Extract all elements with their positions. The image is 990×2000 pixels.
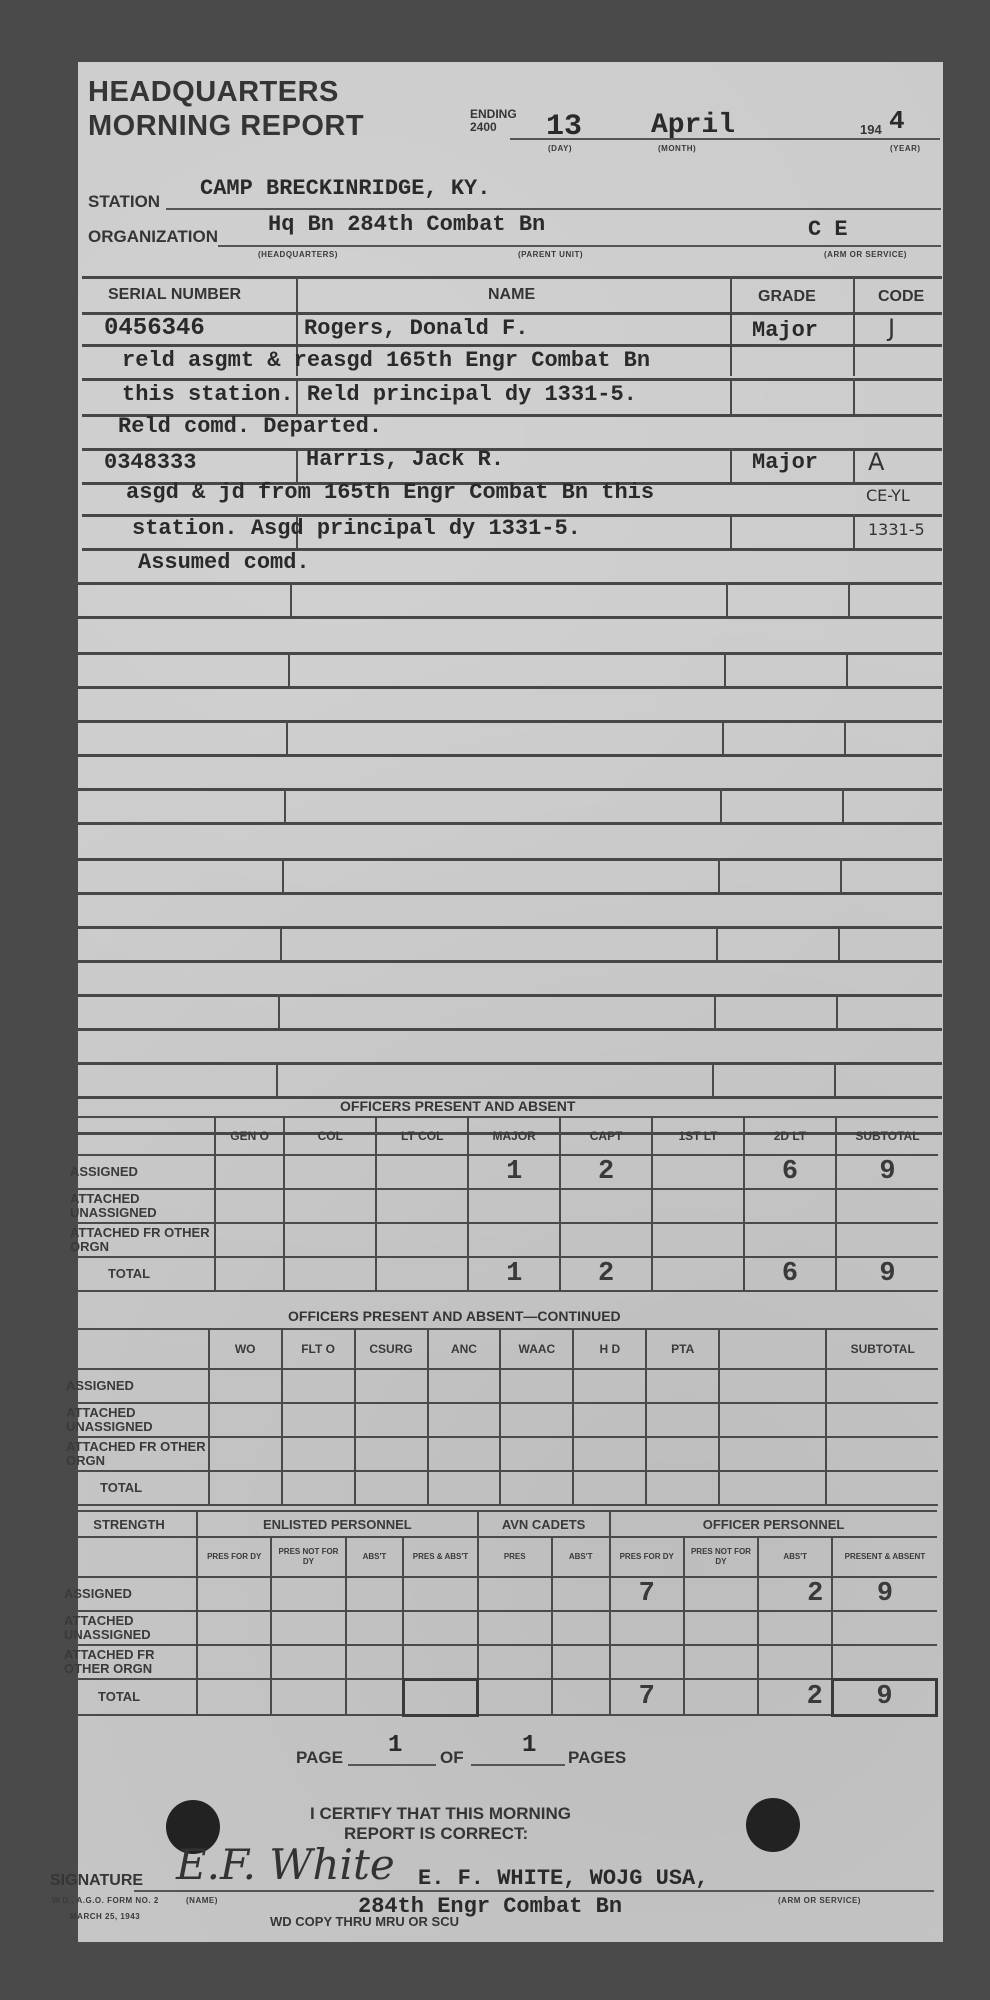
punch-hole xyxy=(746,1798,800,1852)
margin-note: 1331-5 xyxy=(868,520,925,539)
cell: 1 xyxy=(468,1155,560,1189)
cell xyxy=(376,1257,468,1291)
col-waac: WAAC xyxy=(500,1329,573,1369)
cell: 2 xyxy=(560,1155,652,1189)
col-header: PRES NOT FOR DY xyxy=(684,1537,758,1577)
parent-unit-caption: (PARENT UNIT) xyxy=(518,250,583,259)
divider xyxy=(730,378,732,414)
entry-remark: Assumed comd. xyxy=(138,550,310,575)
row-assigned: ASSIGNED 7 2 9 xyxy=(62,1577,937,1611)
cell: 9 xyxy=(836,1155,938,1189)
col-major: MAJOR xyxy=(468,1117,560,1155)
page-number: 1 xyxy=(388,1732,402,1759)
row-label: ASSIGNED xyxy=(68,1155,215,1189)
page-label: PAGE xyxy=(296,1748,343,1768)
row-attached-fr-other: ATTACHED FR OTHER ORGN xyxy=(68,1223,938,1257)
entry-remark: asgd & jd from 165th Engr Combat Bn this xyxy=(126,480,654,505)
entry-grade: Major xyxy=(752,318,818,343)
arm-service-value: C E xyxy=(808,217,848,242)
cell: 9 xyxy=(832,1679,936,1715)
row-attached-fr-other: ATTACHED FR OTHER ORGN xyxy=(64,1437,938,1471)
col-header: PRESENT & ABSENT xyxy=(832,1537,936,1577)
entry-remark: reld asgmt & reasgd 165th Engr Combat Bn xyxy=(122,348,650,373)
form-id-line1: W.D., A.G.O. FORM NO. 2 xyxy=(52,1896,159,1905)
col-anc: ANC xyxy=(428,1329,501,1369)
cell: 1 xyxy=(468,1257,560,1291)
of-label: OF xyxy=(440,1748,464,1768)
page-underline xyxy=(348,1764,436,1766)
pages-label: PAGES xyxy=(568,1748,626,1768)
row-label: ATTACHED FR OTHER ORGN xyxy=(68,1223,215,1257)
cell xyxy=(215,1155,285,1189)
col-gen-o: GEN O xyxy=(215,1117,285,1155)
cell: 2 xyxy=(560,1257,652,1291)
cell: 7 xyxy=(610,1577,684,1611)
cell xyxy=(684,1577,758,1611)
col-header: PRES NOT FOR DY xyxy=(271,1537,345,1577)
entry-code: A xyxy=(868,448,884,476)
organization-underline xyxy=(218,245,941,247)
col-code-header: CODE xyxy=(878,288,924,306)
divider xyxy=(853,378,855,414)
cell xyxy=(284,1155,376,1189)
col-lt-col: LT COL xyxy=(376,1117,468,1155)
cell xyxy=(684,1679,758,1715)
divider xyxy=(296,448,298,482)
col-subtotal: SUBTOTAL xyxy=(826,1329,938,1369)
cell: 2 xyxy=(758,1679,832,1715)
entry-grade: Major xyxy=(752,450,818,475)
divider xyxy=(730,276,732,376)
morning-report-form: HEADQUARTERS MORNING REPORT ENDING 2400 … xyxy=(78,62,943,1942)
strength-label: STRENGTH xyxy=(62,1511,197,1537)
entry-remark: station. Asgd principal dy 1331-5. xyxy=(132,516,581,541)
ending-label: ENDING 2400 xyxy=(470,108,517,134)
report-day: 13 xyxy=(546,110,582,144)
row-attached-fr-other: ATTACHED FR OTHER ORGN xyxy=(62,1645,937,1679)
col-header: ABS'T xyxy=(346,1537,404,1577)
report-month: April xyxy=(651,110,735,141)
entry-remark: this station. Reld principal dy 1331-5. xyxy=(122,382,637,407)
certify-line1: I CERTIFY THAT THIS MORNING xyxy=(310,1804,571,1824)
month-caption: (MONTH) xyxy=(658,144,696,153)
station-underline xyxy=(166,208,941,210)
cell: 6 xyxy=(744,1257,836,1291)
cell xyxy=(215,1257,285,1291)
col-2d-lt: 2D LT xyxy=(744,1117,836,1155)
service-caption: (ARM OR SERVICE) xyxy=(778,1896,861,1905)
station-label: STATION xyxy=(88,192,160,212)
row-assigned: ASSIGNED 1 2 6 9 xyxy=(68,1155,938,1189)
col-capt: CAPT xyxy=(560,1117,652,1155)
col-header: PRES FOR DY xyxy=(197,1537,271,1577)
col-col: COL xyxy=(284,1117,376,1155)
col-header: ABS'T xyxy=(552,1537,610,1577)
year-caption: (YEAR) xyxy=(890,144,921,153)
col-wo: WO xyxy=(209,1329,282,1369)
entry-code: J xyxy=(888,314,895,342)
cell: 7 xyxy=(610,1679,684,1715)
col-1st-lt: 1ST LT xyxy=(652,1117,744,1155)
rule xyxy=(82,344,942,347)
col-serial-header: SERIAL NUMBER xyxy=(108,286,241,304)
row-label: ATTACHED FR OTHER ORGN xyxy=(64,1437,209,1471)
col-blank xyxy=(719,1329,826,1369)
officers-continued-table: WO FLT O CSURG ANC WAAC H D PTA SUBTOTAL… xyxy=(64,1328,938,1506)
row-attached-unassigned: ATTACHED UNASSIGNED xyxy=(62,1611,937,1645)
row-label: ATTACHED UNASSIGNED xyxy=(64,1403,209,1437)
col-grade-header: GRADE xyxy=(758,288,816,306)
cell xyxy=(652,1257,744,1291)
rule xyxy=(82,312,942,315)
divider xyxy=(853,448,855,482)
row-label: TOTAL xyxy=(68,1257,215,1291)
row-label: TOTAL xyxy=(64,1471,209,1505)
row-label: ATTACHED UNASSIGNED xyxy=(68,1189,215,1223)
officers-continued-title: OFFICERS PRESENT AND ABSENT—CONTINUED xyxy=(288,1308,621,1324)
divider xyxy=(730,514,732,548)
year-underline xyxy=(878,138,940,140)
station-value: CAMP BRECKINRIDGE, KY. xyxy=(200,176,490,201)
cell xyxy=(376,1155,468,1189)
form-id-line2: MARCH 25, 1943 xyxy=(70,1912,140,1921)
group-avn-cadets: AVN CADETS xyxy=(478,1511,610,1537)
col-pta: PTA xyxy=(646,1329,719,1369)
signature-label: SIGNATURE xyxy=(50,1872,143,1890)
col-header: PRES xyxy=(478,1537,552,1577)
row-label: TOTAL xyxy=(62,1679,197,1715)
cell xyxy=(652,1155,744,1189)
name-caption: (NAME) xyxy=(186,1896,218,1905)
col-flt-o: FLT O xyxy=(282,1329,355,1369)
year-prefix: 194 xyxy=(860,122,882,137)
entry-remark: Reld comd. Departed. xyxy=(118,414,382,439)
rule xyxy=(82,378,942,381)
ending-label-2: 2400 xyxy=(470,121,517,134)
group-officer: OFFICER PERSONNEL xyxy=(610,1511,937,1537)
col-csurg: CSURG xyxy=(355,1329,428,1369)
cell: 9 xyxy=(836,1257,938,1291)
headquarters-caption: (HEADQUARTERS) xyxy=(258,250,338,259)
strength-table: STRENGTH ENLISTED PERSONNEL AVN CADETS O… xyxy=(62,1510,938,1717)
col-header: PRES & ABS'T xyxy=(403,1537,477,1577)
organization-label: ORGANIZATION xyxy=(88,227,218,247)
row-attached-unassigned: ATTACHED UNASSIGNED xyxy=(68,1189,938,1223)
officers-table-title: OFFICERS PRESENT AND ABSENT xyxy=(340,1098,575,1114)
cell xyxy=(284,1257,376,1291)
col-header: ABS'T xyxy=(758,1537,832,1577)
day-caption: (DAY) xyxy=(548,144,572,153)
divider xyxy=(730,448,732,482)
cell: 6 xyxy=(744,1155,836,1189)
row-total: TOTAL 1 2 6 9 xyxy=(68,1257,938,1291)
col-subtotal: SUBTOTAL xyxy=(836,1117,938,1155)
total-pages: 1 xyxy=(522,1732,536,1759)
row-label: ASSIGNED xyxy=(64,1369,209,1403)
row-total: TOTAL 7 2 9 xyxy=(62,1679,937,1715)
copy-note: WD COPY THRU MRU OR SCU xyxy=(270,1914,459,1929)
of-underline xyxy=(471,1764,565,1766)
col-name-header: NAME xyxy=(488,286,535,304)
entry-serial: 0348333 xyxy=(104,450,196,475)
divider xyxy=(853,276,855,376)
divider xyxy=(853,514,855,548)
row-assigned: ASSIGNED xyxy=(64,1369,938,1403)
row-label: ATTACHED UNASSIGNED xyxy=(62,1611,197,1645)
cell: 9 xyxy=(832,1577,936,1611)
row-label: ATTACHED FR OTHER ORGN xyxy=(62,1645,197,1679)
margin-note: CE-YL xyxy=(866,486,910,505)
signer-typed-name: E. F. WHITE, WOJG USA, xyxy=(418,1866,708,1891)
row-total: TOTAL xyxy=(64,1471,938,1505)
col-header: PRES FOR DY xyxy=(610,1537,684,1577)
row-attached-unassigned: ATTACHED UNASSIGNED xyxy=(64,1403,938,1437)
report-year-digit: 4 xyxy=(889,106,905,136)
entry-serial: 0456346 xyxy=(104,315,205,342)
form-title-line2: MORNING REPORT xyxy=(88,110,364,142)
group-enlisted: ENLISTED PERSONNEL xyxy=(197,1511,478,1537)
arm-service-caption: (ARM OR SERVICE) xyxy=(824,250,907,259)
form-title-line1: HEADQUARTERS xyxy=(88,76,339,108)
signature-script: E.F. White xyxy=(176,1840,395,1889)
officers-table: GEN O COL LT COL MAJOR CAPT 1ST LT 2D LT… xyxy=(68,1116,938,1292)
col-hd: H D xyxy=(573,1329,646,1369)
entry-name: Rogers, Donald F. xyxy=(304,316,528,341)
organization-value: Hq Bn 284th Combat Bn xyxy=(268,212,545,237)
entry-name: Harris, Jack R. xyxy=(306,447,504,472)
row-label: ASSIGNED xyxy=(62,1577,197,1611)
rule xyxy=(82,276,942,279)
cell: 2 xyxy=(758,1577,832,1611)
